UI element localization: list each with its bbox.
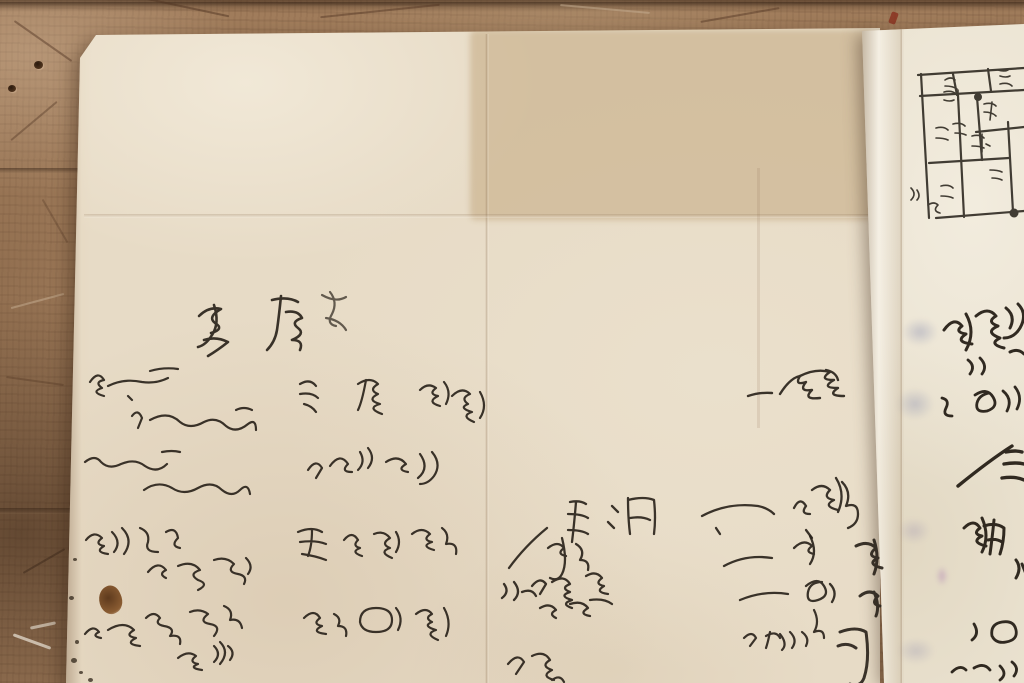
wood-nail-hole bbox=[34, 61, 43, 69]
wood-grain-texture bbox=[0, 0, 1024, 683]
wood-nail-hole bbox=[8, 85, 16, 92]
wood-groove bbox=[0, 168, 88, 173]
photo-of-antique-japanese-ledger bbox=[0, 0, 1024, 683]
wood-groove bbox=[0, 2, 1024, 7]
wood-groove bbox=[0, 508, 76, 514]
wood-table-surface bbox=[0, 0, 1024, 683]
